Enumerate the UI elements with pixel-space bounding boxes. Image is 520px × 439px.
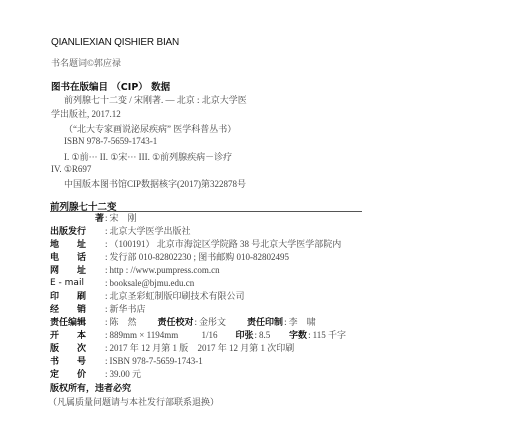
price-label: 定 价	[50, 367, 104, 380]
printing-value: 2017 年 12 月第 1 次印刷	[198, 341, 295, 354]
editor-label: 责任编辑	[50, 315, 104, 328]
distributor-row: 经 销 : 新华书店	[50, 302, 146, 315]
email-link[interactable]: booksale@bjmu.edu.cn	[110, 278, 195, 288]
price-row: 定 价 : 39.00 元	[50, 367, 141, 380]
editor-value: 陈 然	[110, 315, 158, 328]
isbn-value: ISBN 978-7-5659-1743-1	[110, 356, 203, 366]
copyright-notice: 版权所有，违者必究	[50, 381, 131, 394]
author-label: 著	[50, 211, 104, 224]
edition-value: 2017 年 12 月第 1 版	[110, 341, 198, 354]
cip-line-1: 前列腺七十二变 / 宋刚著. — 北京 : 北京大学医	[64, 93, 247, 106]
edition-row: 版 次 : 2017 年 12 月第 1 版 2017 年 12 月第 1 次印…	[50, 341, 294, 354]
sheets-value: 8.5	[259, 330, 289, 340]
cip-classification: I. ①前··· II. ①宋··· III. ①前列腺疾病－诊疗	[64, 150, 232, 163]
distributor-value: 新华书店	[110, 302, 146, 315]
phone-label: 电 话	[50, 250, 104, 263]
publisher-value: 北京大学医学出版社	[110, 224, 191, 237]
isbn-row: 书 号 : ISBN 978-7-5659-1743-1	[50, 354, 203, 367]
website-row: 网 址 : http : //www.pumpress.com.cn	[50, 263, 220, 276]
cip-record-number: 中国版本图书馆CIP数据核字(2017)第322878号	[64, 177, 246, 190]
proofreader-value: 金彤文	[199, 315, 247, 328]
pinyin-title: QIANLIEXIAN QISHIER BIAN	[51, 37, 179, 48]
cip-classification-cont: IV. ①R697	[51, 164, 91, 175]
edition-label: 版 次	[50, 341, 104, 354]
cip-line-3: （“北大专家画说泌尿疾病” 医学科普丛书）	[64, 122, 236, 135]
words-label: 字数	[289, 328, 307, 341]
website-link[interactable]: http : //www.pumpress.com.cn	[110, 265, 220, 275]
printer-row: 印 刷 : 北京圣彩虹制版印刷技术有限公司	[50, 289, 245, 302]
price-value: 39.00 元	[110, 367, 142, 380]
email-row: E - mail : booksale@bjmu.edu.cn	[50, 276, 194, 289]
address-value: （100191） 北京市海淀区学院路 38 号北京大学医学部院内	[110, 237, 342, 250]
printing-supervisor-value: 李 啸	[289, 315, 316, 328]
address-row: 地 址 : （100191） 北京市海淀区学院路 38 号北京大学医学部院内	[50, 237, 341, 250]
isbn-label: 书 号	[50, 354, 104, 367]
words-value: 115 千字	[313, 328, 346, 341]
cip-heading: 图书在版编目 （CIP） 数据	[51, 79, 170, 93]
phone-value: 发行部 010-82802230 ; 图书邮购 010-82802495	[110, 250, 290, 263]
address-label: 地 址	[50, 237, 104, 250]
responsibility-row: 责任编辑 : 陈 然 责任校对 : 金彤文 责任印制 : 李 啸	[50, 315, 316, 328]
format-fold: 1/16	[202, 330, 236, 340]
distributor-label: 经 销	[50, 302, 104, 315]
author-row: 著 : 宋 刚	[50, 211, 137, 224]
format-size: 889mm × 1194mm	[110, 330, 202, 340]
publisher-row: 出版发行 : 北京大学医学出版社	[50, 224, 191, 237]
printer-label: 印 刷	[50, 289, 104, 302]
title-inscription: 书名题词©郭应禄	[51, 56, 121, 69]
phone-row: 电 话 : 发行部 010-82802230 ; 图书邮购 010-828024…	[50, 250, 289, 263]
website-label: 网 址	[50, 263, 104, 276]
sheets-label: 印张	[236, 328, 254, 341]
cip-line-2: 学出版社, 2017.12	[51, 107, 121, 120]
format-label: 开 本	[50, 328, 104, 341]
cip-isbn: ISBN 978-7-5659-1743-1	[64, 136, 157, 146]
printer-value: 北京圣彩虹制版印刷技术有限公司	[110, 289, 245, 302]
email-label: E - mail	[50, 278, 104, 288]
printing-supervisor-label: 责任印制	[247, 315, 283, 328]
return-notice: （凡属质量问题请与本社发行部联系退换）	[48, 395, 219, 408]
format-row: 开 本 : 889mm × 1194mm 1/16 印张 : 8.5 字数 : …	[50, 328, 346, 341]
author-value: 宋 刚	[110, 211, 137, 224]
proofreader-label: 责任校对	[158, 315, 194, 328]
publisher-label: 出版发行	[50, 224, 104, 237]
